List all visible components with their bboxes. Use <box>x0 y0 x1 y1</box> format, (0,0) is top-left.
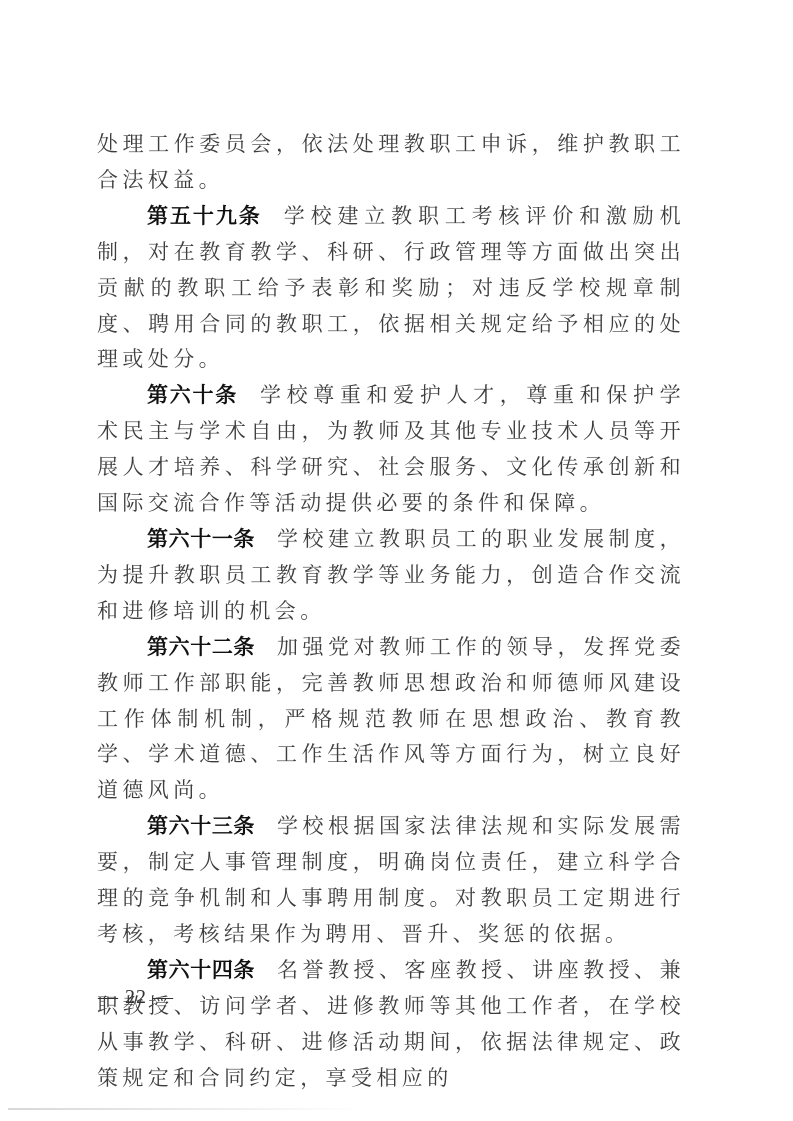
article-64: 第六十四条名誉教授、客座教授、讲座教授、兼职教授、访问学者、进修教师等其他工作者… <box>97 953 685 1097</box>
paragraph-text: 处理工作委员会，依法处理教职工申诉，维护教职工合法权益。 <box>97 132 685 192</box>
paragraph-text: 加强党对教师工作的领导，发挥党委教师工作部职能，完善教师思想政治和师德师风建设工… <box>97 635 685 803</box>
page-number: — 22 — <box>98 986 174 1009</box>
article-number: 第六十一条 <box>147 527 255 551</box>
paragraph-continuation: 处理工作委员会，依法处理教职工申诉，维护教职工合法权益。 <box>97 127 685 199</box>
article-number: 第五十九条 <box>147 204 262 228</box>
article-number: 第六十四条 <box>147 958 255 982</box>
article-59: 第五十九条学校建立教职工考核评价和激励机制，对在教育教学、科研、行政管理等方面做… <box>97 199 685 379</box>
article-63: 第六十三条学校根据国家法律法规和实际发展需要，制定人事管理制度，明确岗位责任，建… <box>97 809 685 953</box>
article-62: 第六十二条加强党对教师工作的领导，发挥党委教师工作部职能，完善教师思想政治和师德… <box>97 630 685 810</box>
paragraph-text: 学校建立教职工考核评价和激励机制，对在教育教学、科研、行政管理等方面做出突出贡献… <box>97 204 685 372</box>
article-61: 第六十一条学校建立教职员工的职业发展制度，为提升教职员工教育教学等业务能力，创造… <box>97 522 685 630</box>
scan-edge-line <box>8 1108 363 1110</box>
document-page: 处理工作委员会，依法处理教职工申诉，维护教职工合法权益。 第五十九条学校建立教职… <box>0 0 793 1121</box>
article-number: 第六十条 <box>147 383 238 407</box>
document-body: 处理工作委员会，依法处理教职工申诉，维护教职工合法权益。 第五十九条学校建立教职… <box>97 127 685 1096</box>
article-number: 第六十三条 <box>147 814 255 838</box>
article-60: 第六十条学校尊重和爱护人才，尊重和保护学术民主与学术自由，为教师及其他专业技术人… <box>97 378 685 522</box>
article-number: 第六十二条 <box>147 635 255 659</box>
